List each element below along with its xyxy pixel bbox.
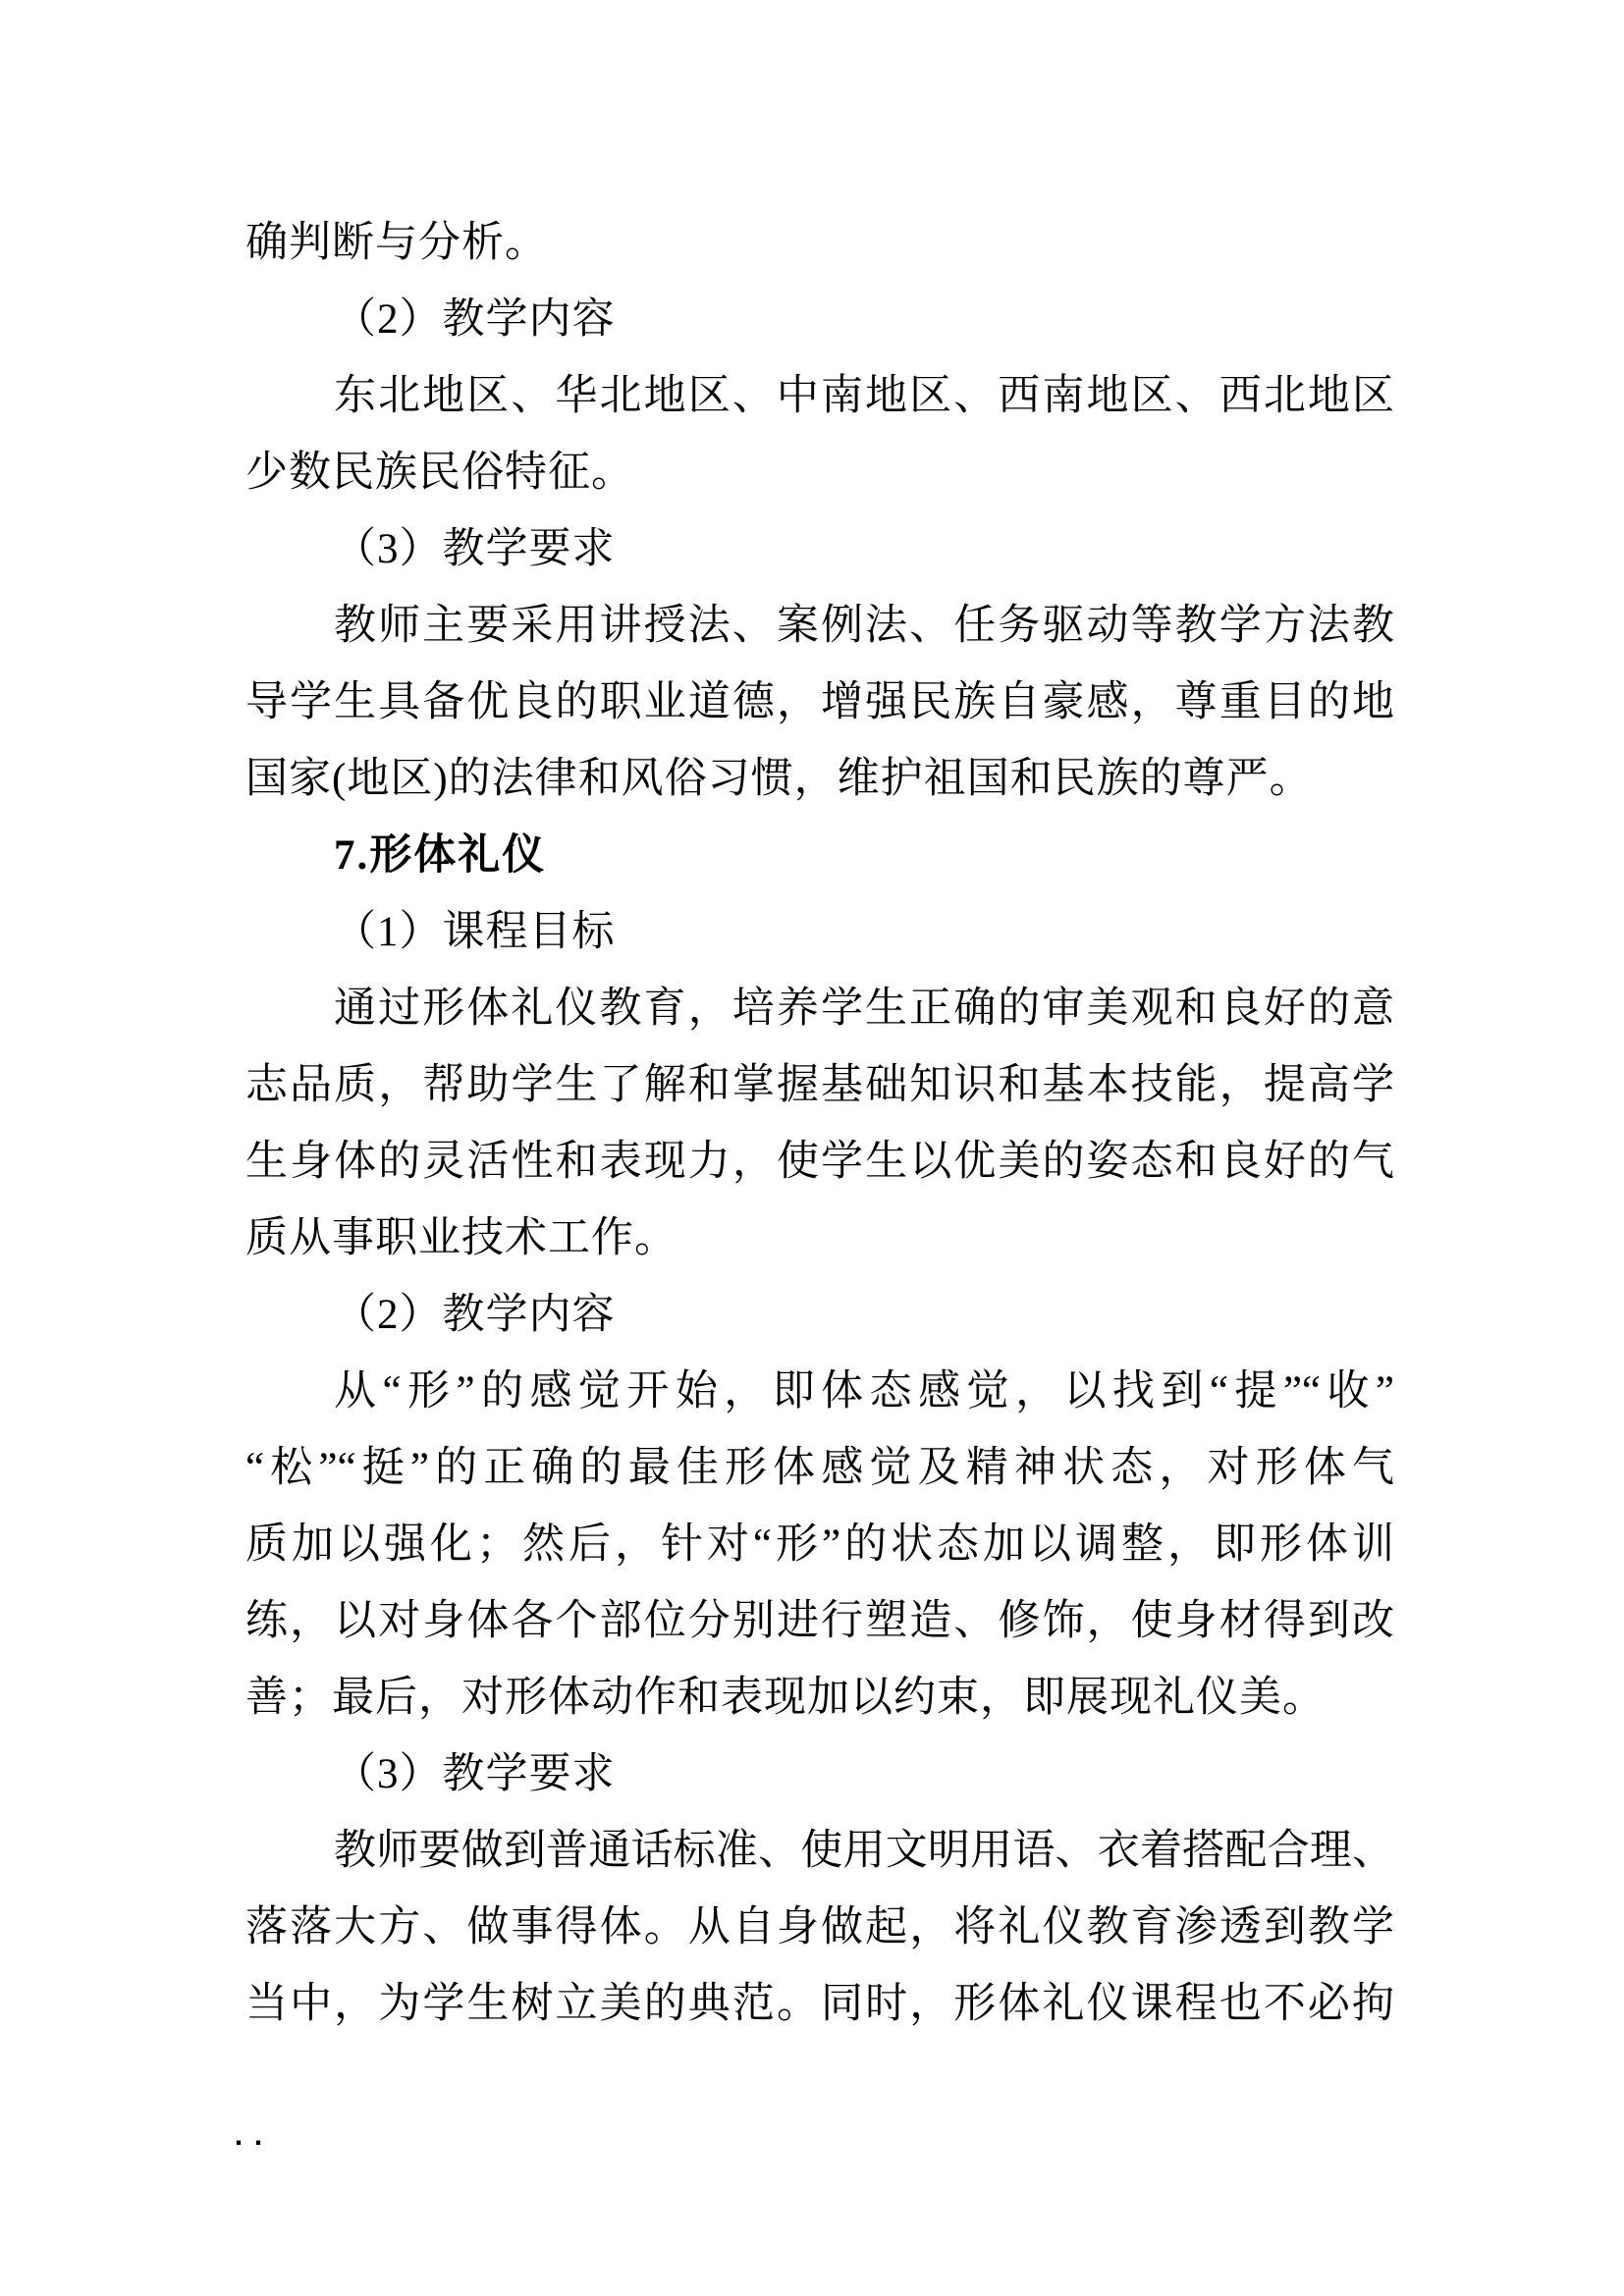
text-line: 东北地区、华北地区、中南地区、西南地区、西北地区 (245, 358, 1394, 435)
section-heading: （1）课程目标 (245, 894, 1394, 971)
text-line: 质加以强化；然后，针对“形”的状态加以调整，即形体训 (245, 1507, 1394, 1583)
section-heading: （2）教学内容 (245, 1277, 1394, 1354)
text-line: 质从事职业技术工作。 (245, 1201, 1394, 1277)
text-line: 从“形”的感觉开始，即体态感觉，以找到“提”“收” (245, 1354, 1394, 1430)
text-line: “松”“挺”的正确的最佳形体感觉及精神状态，对形体气 (245, 1430, 1394, 1507)
text-line: 善；最后，对形体动作和表现加以约束，即展现礼仪美。 (245, 1660, 1394, 1736)
text-line: 国家(地区)的法律和风俗习惯，维护祖国和民族的尊严。 (245, 741, 1394, 818)
section-heading: （3）教学要求 (245, 511, 1394, 588)
text-line: 当中，为学生树立美的典范。同时，形体礼仪课程也不必拘 (245, 1966, 1394, 2043)
text-line: 落落大方、做事得体。从自身做起，将礼仪教育渗透到教学 (245, 1890, 1394, 1966)
text-line: 导学生具备优良的职业道德，增强民族自豪感，尊重目的地 (245, 665, 1394, 741)
section-heading: （2）教学内容 (245, 282, 1394, 358)
text-line: 生身体的灵活性和表现力，使学生以优美的姿态和良好的气 (245, 1124, 1394, 1201)
chapter-heading: 7.形体礼仪 (245, 818, 1394, 894)
text-line: 志品质，帮助学生了解和掌握基础知识和基本技能，提高学 (245, 1047, 1394, 1124)
text-line: 通过形体礼仪教育，培养学生正确的审美观和良好的意 (245, 971, 1394, 1047)
text-line: 少数民族民俗特征。 (245, 435, 1394, 511)
text-block: 确判断与分析。 （2）教学内容 东北地区、华北地区、中南地区、西南地区、西北地区… (245, 205, 1394, 2043)
text-line: 确判断与分析。 (245, 205, 1394, 282)
document-page: 确判断与分析。 （2）教学内容 东北地区、华北地区、中南地区、西南地区、西北地区… (0, 0, 1624, 2296)
text-line: 教师要做到普通话标准、使用文明用语、衣着搭配合理、 (245, 1813, 1394, 1890)
text-line: 教师主要采用讲授法、案例法、任务驱动等教学方法教 (245, 588, 1394, 665)
section-heading: （3）教学要求 (245, 1736, 1394, 1813)
text-line: 练，以对身体各个部位分别进行塑造、修饰，使身材得到改 (245, 1583, 1394, 1660)
footer-mark: .. (230, 2118, 269, 2158)
